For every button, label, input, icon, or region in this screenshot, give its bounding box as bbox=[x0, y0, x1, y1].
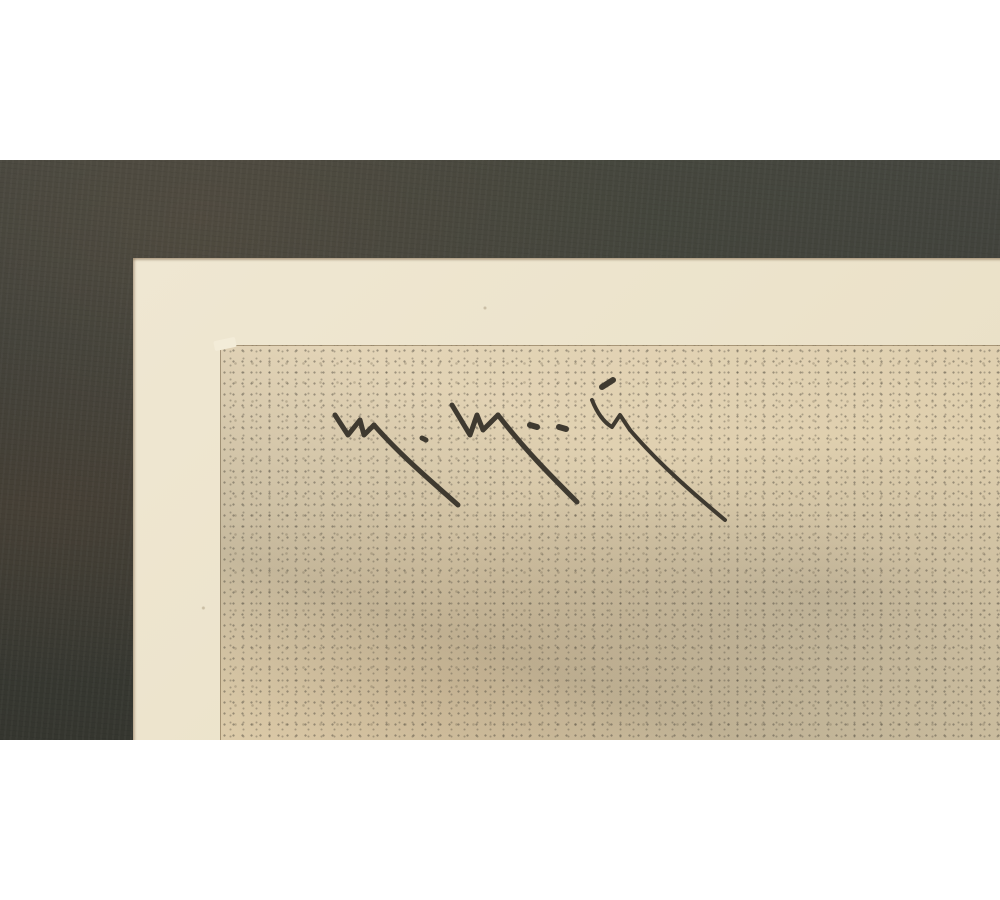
picture-frame: M. M. L. bbox=[0, 160, 1000, 740]
top-white-band bbox=[0, 0, 1000, 160]
drawing-paper: M. M. L. bbox=[220, 345, 1000, 740]
mat-board: M. M. L. bbox=[133, 258, 1000, 740]
artist-signature: M. M. L. bbox=[330, 355, 750, 535]
bottom-white-band bbox=[0, 740, 1000, 900]
signature-strokes bbox=[330, 355, 750, 535]
